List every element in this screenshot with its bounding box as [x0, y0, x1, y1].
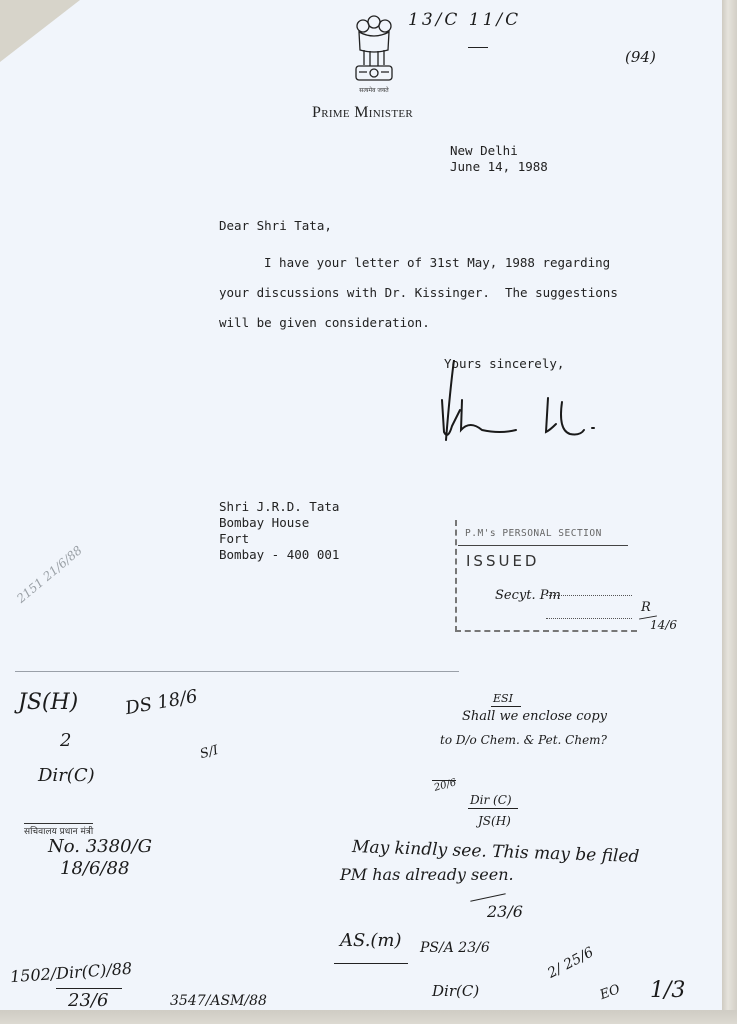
backing-sheet-bottom [0, 1010, 737, 1024]
main-note-line-2: PM has already seen. [340, 865, 514, 884]
js-h-number: 2 [60, 730, 71, 751]
receipt-stamp-header: सचिवालय प्रधान मंत्री [24, 823, 93, 837]
js-h-note: JS(H) [18, 690, 78, 715]
file-reference-note: 13/C 11/C [408, 10, 521, 30]
stamp-date: 14/6 [650, 618, 677, 632]
dir-c-note: Dir(C) [38, 765, 95, 786]
stamp-handwritten: Secyt. Pm [495, 588, 561, 603]
emblem-motto: सत्यमेव जयते [350, 86, 398, 94]
letter-date: June 14, 1988 [450, 159, 548, 175]
letter-place: New Delhi [450, 143, 518, 159]
receipt-number: No. 3380/G [48, 836, 152, 857]
letterhead-title: Prime Minister [312, 104, 413, 122]
salutation: Dear Shri Tata, [219, 218, 332, 234]
stamp-title: P.M's PERSONAL SECTION [465, 528, 602, 539]
recipient-line-2: Fort [219, 531, 249, 547]
bottom-reference-2: 3547/ASM/88 [170, 993, 267, 1009]
body-line-3: will be given consideration. [219, 315, 430, 331]
esi-line-2: to D/o Chem. & Pet. Chem? [440, 733, 607, 747]
esi-routing-2: JS(H) [478, 814, 511, 828]
as-note: AS.(m) [340, 930, 402, 951]
bottom-reference-1-date: 23/6 [68, 990, 108, 1011]
main-note-date: 23/6 [487, 902, 523, 921]
note-divider [15, 671, 459, 672]
national-emblem-icon [350, 10, 398, 90]
folded-corner [0, 0, 80, 62]
recipient-line-1: Bombay House [219, 515, 309, 531]
stamp-status: ISSUED [466, 552, 539, 570]
backing-sheet-edge [722, 0, 737, 1024]
esi-line-1: Shall we enclose copy [462, 709, 607, 724]
body-line-1: I have your letter of 31st May, 1988 reg… [264, 255, 610, 271]
recipient-name: Shri J.R.D. Tata [219, 499, 339, 515]
body-line-2: your discussions with Dr. Kissinger. The… [219, 285, 618, 301]
fraction-note: 1/3 [650, 978, 685, 1003]
receipt-date: 18/6/88 [60, 858, 129, 879]
esi-routing-1: Dir (C) [470, 793, 512, 807]
ps-note: PS/A 23/6 [420, 940, 490, 956]
signature-icon [430, 360, 610, 450]
page-number-note: (94) [625, 48, 656, 66]
dir-c-bottom-note: Dir(C) [432, 982, 479, 1000]
recipient-line-3: Bombay - 400 001 [219, 547, 339, 563]
stamp-initial: R [641, 600, 651, 615]
esi-heading: ESI [493, 692, 513, 705]
